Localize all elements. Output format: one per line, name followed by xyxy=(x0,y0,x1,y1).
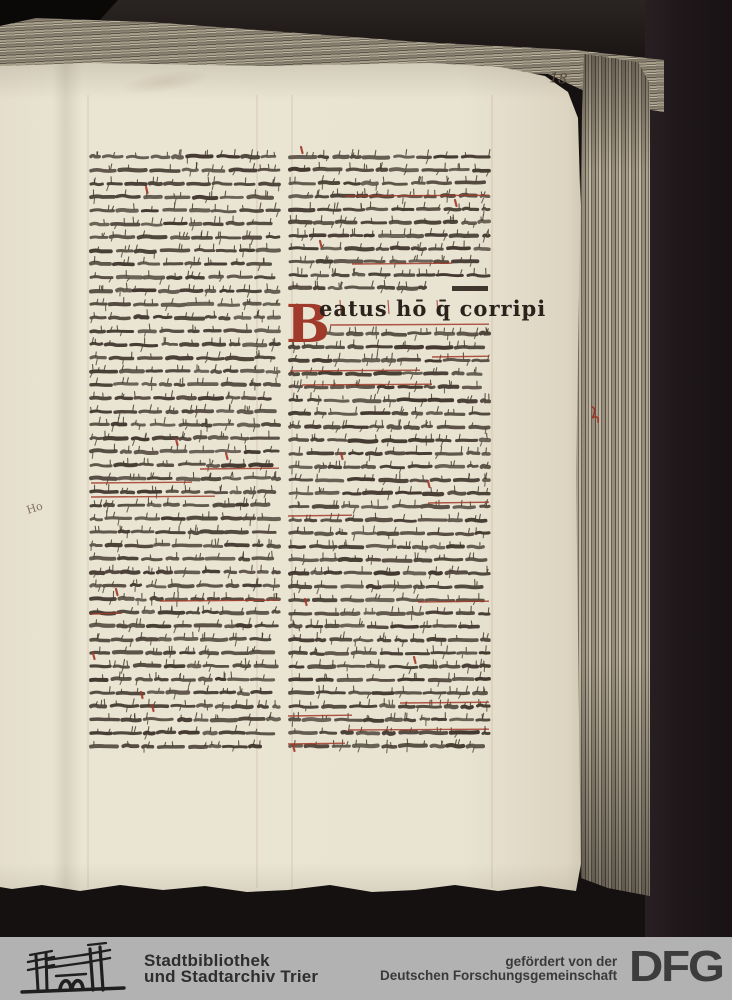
parchment-stain xyxy=(119,66,211,98)
manuscript-page xyxy=(0,58,590,896)
library-name-line2: und Stadtarchiv Trier xyxy=(144,969,318,985)
book-cover-right xyxy=(645,0,732,937)
library-banner: Stadtbibliothek und Stadtarchiv Trier ge… xyxy=(0,937,732,1000)
funding-line2: Deutschen Forschungsgemeinschaft xyxy=(380,969,617,983)
funding-credit: gefördert von der Deutschen Forschungsge… xyxy=(380,955,617,983)
library-name: Stadtbibliothek und Stadtarchiv Trier xyxy=(144,953,318,984)
dfg-logo: DFG xyxy=(629,942,723,992)
fore-edge-page-stack xyxy=(576,54,650,896)
stadtbibliothek-logo-icon xyxy=(20,942,132,996)
funding-line1: gefördert von der xyxy=(380,955,617,969)
digitized-manuscript-photo: 18 Ho B eatus hō q̄ corripi xyxy=(0,0,732,1000)
